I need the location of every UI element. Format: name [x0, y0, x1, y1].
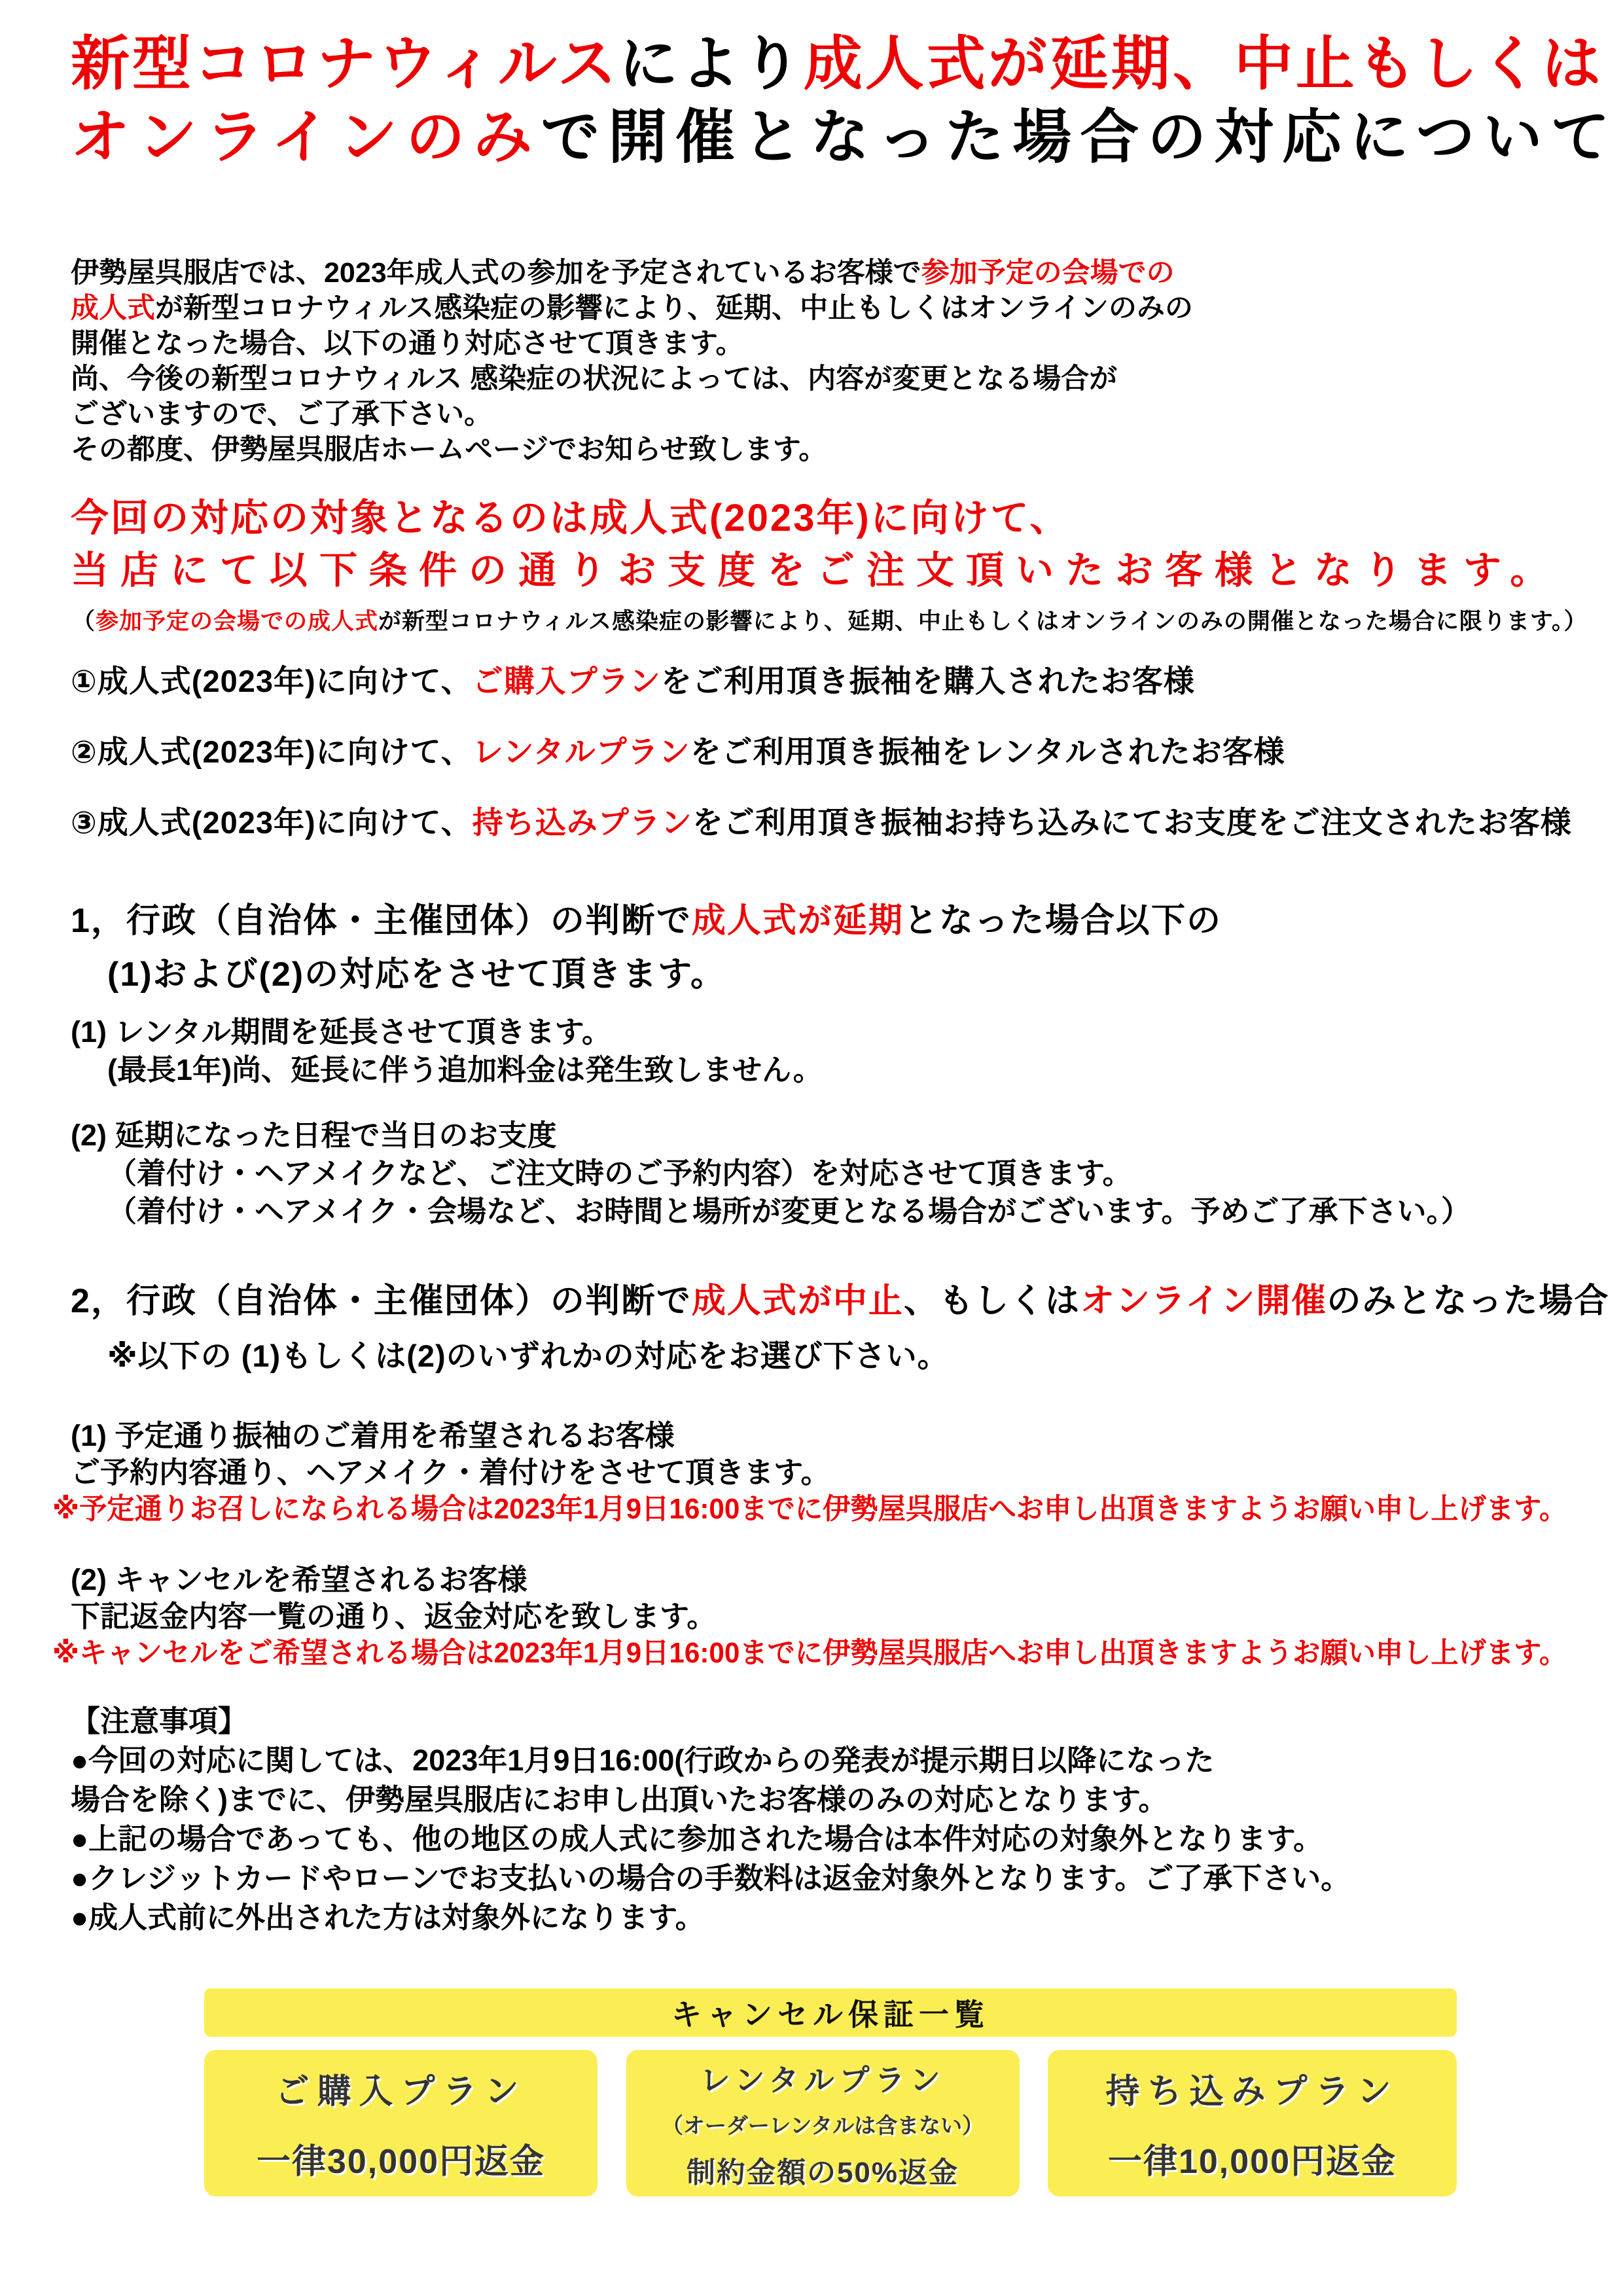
caution-line: ●成人式前に外出された方は対象外になります。	[71, 1898, 1350, 1937]
refund-list-header: キャンセル保証一覧	[204, 1988, 1457, 2037]
section-2-item-1: (1) 予定通り振袖のご着用を希望されるお客様 ご予約内容通り、ヘアメイク・着付…	[71, 1418, 1623, 1528]
text-run: 成人式が延期、中止もしくは	[804, 31, 1603, 97]
text-run: となった場合以下の	[904, 902, 1222, 940]
refund-list: ご購入プラン 一律30,000円返金 レンタルプラン （オーダーレンタルは含まな…	[204, 2050, 1457, 2197]
text-run: 1，行政（自治体・主催団体）の判断で	[71, 902, 692, 940]
refund-box-plan-name: ご購入プラン	[275, 2064, 526, 2113]
plan-item-rental: ②成人式(2023年)に向けて、レンタルプランをご利用頂き振袖をレンタルされたお…	[71, 734, 1572, 770]
section-1-item-1-line: (1) レンタル期間を延長させて頂きます。	[71, 1013, 823, 1051]
section-1-heading-line-1: 1，行政（自治体・主催団体）の判断で成人式が延期となった場合以下の	[71, 894, 1222, 948]
section-2-item-2-line: (2) キャンセルを希望されるお客様	[71, 1562, 1623, 1598]
text-run: 持ち込みプラン	[473, 805, 692, 840]
text-run: レンタルプラン	[473, 734, 690, 769]
intro-line: 成人式が新型コロナウィルス感染症の影響により、延期、中止もしくはオンラインのみの	[71, 291, 1193, 326]
target-heading-line-1: 今回の対応の対象となるのは成人式(2023年)に向けて、	[71, 492, 1560, 545]
text-run: ③成人式(2023年)に向けて、	[71, 805, 473, 840]
caution-line: 場合を除く)までに、伊勢屋呉服店にお申し出頂いたお客様のみの対応となります。	[71, 1780, 1350, 1820]
text-run: 参加予定の会場での	[921, 257, 1175, 289]
section-1-item-1-line: (最長1年)尚、延長に伴う追加料金は発生致しません。	[71, 1051, 823, 1089]
caution-line: ●クレジットカードやローンでお支払いの場合の手数料は返金対象外となります。ご了承…	[71, 1859, 1350, 1898]
page-title: 新型コロナウィルスにより成人式が延期、中止もしくは オンラインのみで開催となった…	[71, 27, 1618, 174]
refund-box-plan-name: 持ち込みプラン	[1105, 2064, 1399, 2113]
section-2-item-2-line: 下記返金内容一覧の通り、返金対応を致します。	[71, 1598, 1623, 1635]
text-run: をご利用頂き振袖お持ち込みにてお支度をご注文されたお客様	[692, 805, 1572, 840]
section-2-item-2-deadline-note: ※キャンセルをご希望される場合は2023年1月9日16:00までに伊勢屋呉服店へ…	[52, 1635, 1567, 1672]
intro-paragraph: 伊勢屋呉服店では、2023年成人式の参加を予定されているお客様で参加予定の会場で…	[71, 255, 1193, 467]
target-condition-note: （参加予定の会場での成人式が新型コロナウィルス感染症の影響により、延期、中止もし…	[72, 603, 1588, 636]
text-run: 伊勢屋呉服店では、2023年成人式の参加を予定されているお客様で	[71, 257, 921, 289]
text-run: 成人式が延期	[692, 902, 904, 940]
intro-line: 伊勢屋呉服店では、2023年成人式の参加を予定されているお客様で参加予定の会場で…	[71, 255, 1193, 291]
text-run: オンラインのみ	[71, 105, 541, 170]
text-run: オンライン開催	[1080, 1282, 1327, 1320]
refund-box-purchase-plan: ご購入プラン 一律30,000円返金	[204, 2050, 597, 2197]
section-2-item-1-line: (1) 予定通り振袖のご着用を希望されるお客様	[71, 1418, 1623, 1454]
text-run: をご利用頂き振袖をレンタルされたお客様	[690, 734, 1285, 769]
text-run: をご利用頂き振袖を購入されたお客様	[661, 664, 1195, 698]
text-run: ご購入プラン	[473, 664, 661, 698]
refund-box-amount: 一律10,000円返金	[1108, 2134, 1397, 2183]
refund-box-plan-note: （オーダーレンタルは含まない）	[662, 2109, 984, 2140]
section-1-item-2-line: （着付け・ヘアメイク・会場など、お時間と場所が変更となる場合がございます。予めご…	[71, 1193, 1471, 1230]
text-run: ②成人式(2023年)に向けて、	[71, 734, 473, 769]
section-1-item-1: (1) レンタル期間を延長させて頂きます。 (最長1年)尚、延長に伴う追加料金は…	[71, 1013, 823, 1089]
text-run: 新型コロナウィルス	[71, 31, 619, 97]
section-2-cancelled-or-online: 2，行政（自治体・主催団体）の判断で成人式が中止、もしくはオンライン開催のみとな…	[71, 1274, 1609, 1384]
caution-line: ●今回の対応に関しては、2023年1月9日16:00(行政からの発表が提示期日以…	[71, 1741, 1350, 1780]
title-line-1: 新型コロナウィルスにより成人式が延期、中止もしくは	[71, 27, 1618, 101]
plan-item-bring-in: ③成人式(2023年)に向けて、持ち込みプランをご利用頂き振袖お持ち込みにてお支…	[71, 805, 1572, 840]
refund-box-plan-name: レンタルプラン	[700, 2056, 945, 2100]
section-1-item-2-line: (2) 延期になった日程で当日のお支度	[71, 1117, 1471, 1155]
refund-box-amount: 制約金額の50%返金	[687, 2149, 959, 2191]
intro-line: 尚、今後の新型コロナウィルス 感染症の状況によっては、内容が変更となる場合が	[71, 361, 1193, 397]
text-run: で開催となった場合の対応について	[541, 105, 1618, 170]
text-run: 成人式が中止	[692, 1282, 904, 1320]
section-1-item-2-line: （着付け・ヘアメイクなど、ご注文時のご予約内容）を対応させて頂きます。	[71, 1155, 1471, 1193]
text-run: （	[72, 609, 96, 634]
target-heading-line-2: 当店にて以下条件の通りお支度をご注文頂いたお客様となります。	[71, 545, 1560, 597]
eligible-plan-list: ①成人式(2023年)に向けて、ご購入プランをご利用頂き振袖を購入されたお客様 …	[71, 664, 1572, 876]
covid-seijinshiki-notice-document: 新型コロナウィルスにより成人式が延期、中止もしくは オンラインのみで開催となった…	[0, 0, 1623, 2296]
section-1-item-2: (2) 延期になった日程で当日のお支度 （着付け・ヘアメイクなど、ご注文時のご予…	[71, 1117, 1471, 1230]
refund-box-bring-in-plan: 持ち込みプラン 一律10,000円返金	[1048, 2050, 1457, 2197]
refund-box-rental-plan: レンタルプラン （オーダーレンタルは含まない） 制約金額の50%返金	[626, 2050, 1020, 2197]
refund-box-amount: 一律30,000円返金	[257, 2134, 545, 2183]
title-line-2: オンラインのみで開催となった場合の対応について	[71, 101, 1618, 174]
section-2-heading-line-2: ※以下の (1)もしくは(2)のいずれかの対応をお選び下さい。	[71, 1329, 1609, 1384]
cautions-section: 【注意事項】 ●今回の対応に関しては、2023年1月9日16:00(行政からの発…	[71, 1702, 1350, 1937]
section-2-item-2: (2) キャンセルを希望されるお客様 下記返金内容一覧の通り、返金対応を致します…	[71, 1562, 1623, 1672]
intro-line: ございますので、ご了承下さい。	[71, 397, 1193, 432]
section-2-item-1-deadline-note: ※予定通りお召しになられる場合は2023年1月9日16:00までに伊勢屋呉服店へ…	[52, 1491, 1567, 1528]
text-run: 成人式	[71, 293, 155, 324]
section-2-item-1-line: ご予約内容通り、ヘアメイク・着付けをさせて頂きます。	[71, 1454, 1623, 1491]
text-run: が新型コロナウィルス感染症の影響により、延期、中止もしくはオンラインのみの開催と…	[378, 609, 1588, 634]
intro-line: 開催となった場合、以下の通り対応させて頂きます。	[71, 326, 1193, 361]
intro-line: その都度、伊勢屋呉服店ホームページでお知らせ致します。	[71, 432, 1193, 467]
text-run: 、もしくは	[904, 1282, 1080, 1320]
section-1-heading-line-2: (1)および(2)の対応をさせて頂きます。	[71, 948, 1222, 1001]
text-run: 2，行政（自治体・主催団体）の判断で	[71, 1282, 692, 1320]
text-run: ①成人式(2023年)に向けて、	[71, 664, 473, 698]
caution-line: ●上記の場合であっても、他の地区の成人式に参加された場合は本件対応の対象外となり…	[71, 1820, 1350, 1859]
section-2-heading-line-1: 2，行政（自治体・主催団体）の判断で成人式が中止、もしくはオンライン開催のみとな…	[71, 1274, 1609, 1329]
text-run: のみとなった場合	[1327, 1282, 1609, 1320]
text-run: が新型コロナウィルス感染症の影響により、延期、中止もしくはオンラインのみの	[155, 293, 1193, 324]
cautions-title: 【注意事項】	[71, 1702, 1350, 1741]
section-1-postponed: 1，行政（自治体・主催団体）の判断で成人式が延期となった場合以下の (1)および…	[71, 894, 1222, 1001]
target-customers-heading: 今回の対応の対象となるのは成人式(2023年)に向けて、 当店にて以下条件の通り…	[71, 492, 1560, 597]
text-run: 参加予定の会場での成人式	[96, 609, 378, 634]
plan-item-purchase: ①成人式(2023年)に向けて、ご購入プランをご利用頂き振袖を購入されたお客様	[71, 664, 1572, 699]
text-run: により	[619, 31, 804, 97]
